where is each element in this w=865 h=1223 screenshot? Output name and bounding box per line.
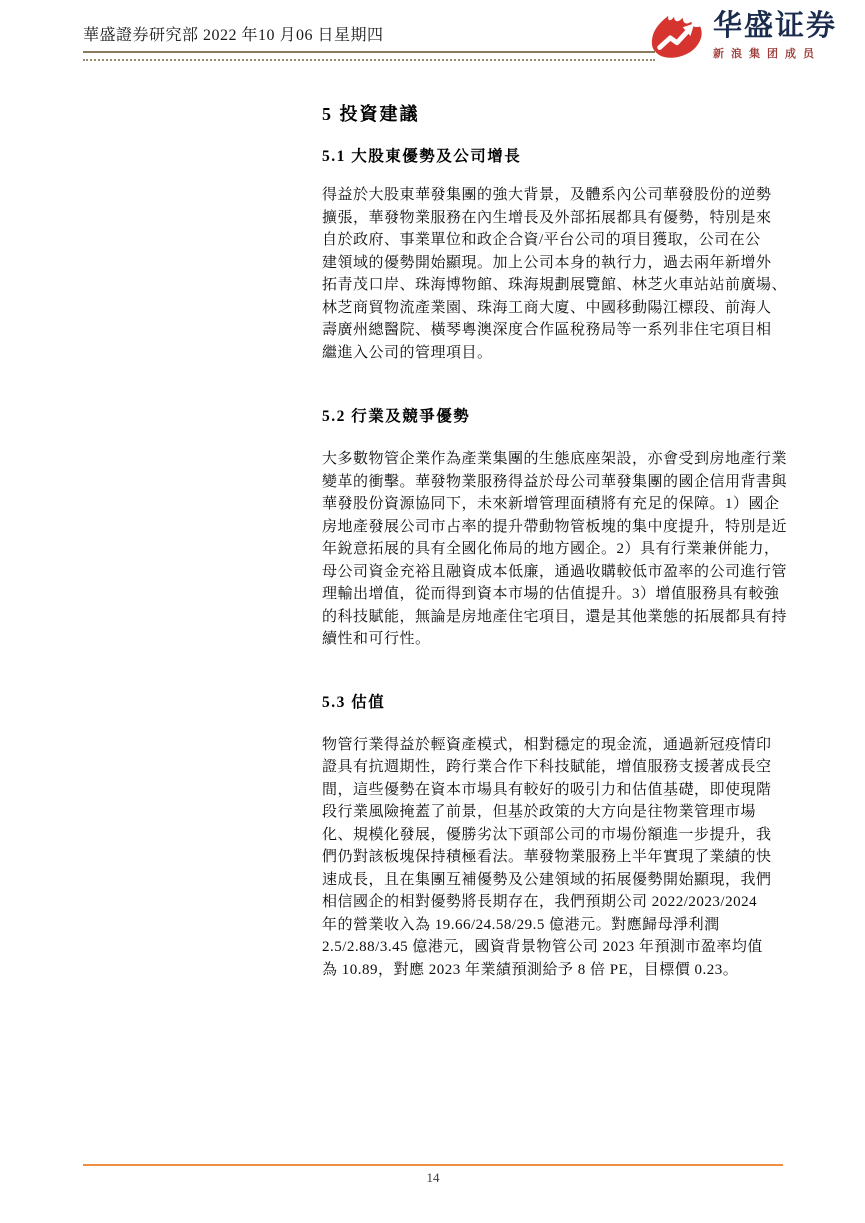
logo-title: 华盛证券 [713,10,837,42]
subsection-heading-5-2: 5.2 行業及競爭優勢 [322,404,792,426]
subsection-body-5-2: 大多數物管企業作為產業集團的生態底座架設，亦會受到房地產行業 變革的衝擊。華發物… [322,448,792,651]
footer-divider [83,1164,783,1166]
subsection-heading-5-1: 5.1 大股東優勢及公司增長 [322,144,792,166]
logo-text-block: 华盛证券 新浪集团成员 [713,10,837,61]
page-number: 14 [83,1170,783,1186]
header-divider-dotted [83,59,655,61]
report-department-and-date: 華盛證券研究部 2022 年10 月06 日星期四 [83,22,384,45]
header-divider-solid [83,51,655,53]
section-title-5: 5 投資建議 [322,100,792,126]
company-logo: 华盛证券 新浪集团成员 [645,8,855,64]
subsection-body-5-1: 得益於大股東華發集團的強大背景，及體系內公司華發股份的逆勢 擴張，華發物業服務在… [322,184,792,364]
logo-subtitle: 新浪集团成员 [713,45,837,61]
report-body: 5 投資建議 5.1 大股東優勢及公司增長 得益於大股東華發集團的強大背景，及體… [322,100,792,981]
subsection-body-5-3: 物管行業得益於輕資產模式，相對穩定的現金流，通過新冠疫情印 證具有抗週期性，跨行… [322,734,792,982]
flame-arrow-icon [645,8,707,62]
page-header: 華盛證券研究部 2022 年10 月06 日星期四 华盛证券 新浪集团成员 [0,0,865,70]
subsection-heading-5-3: 5.3 估值 [322,690,792,712]
